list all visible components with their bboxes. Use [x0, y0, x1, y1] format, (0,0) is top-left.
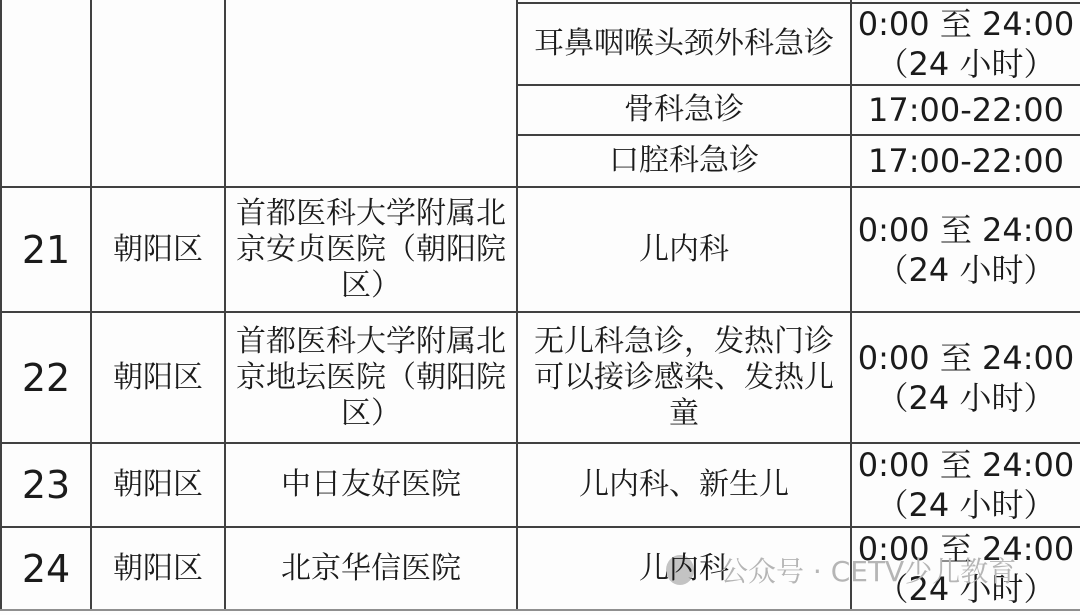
cell-topgroup-district [92, 0, 224, 186]
cell-row23-department: 儿内科、新生儿 [518, 444, 850, 526]
cell-row22-no: 22 [2, 313, 90, 442]
cell-topgroup-hospital [226, 0, 516, 186]
cell-row21-no: 21 [2, 188, 90, 311]
cell-topgroup-sub2-department: 骨科急诊 [518, 86, 850, 134]
cell-topgroup-sub1-hours: 0:00 至 24:00 （24 小时） [852, 4, 1080, 84]
cell-topgroup-sub2-hours: 17:00-22:00 [852, 86, 1080, 134]
cell-topgroup-sub1-department: 耳鼻咽喉头颈外科急诊 [518, 4, 850, 84]
cell-row22-hours: 0:00 至 24:00 （24 小时） [852, 313, 1080, 442]
cell-row21-district: 朝阳区 [92, 188, 224, 311]
cell-topgroup-no [2, 0, 90, 186]
cell-row22-hospital: 首都医科大学附属北 京地坛医院（朝阳院 区） [226, 313, 516, 442]
cell-topgroup-sub3-department: 口腔科急诊 [518, 136, 850, 186]
cell-row24-district: 朝阳区 [92, 528, 224, 609]
pediatric-emergency-hospital-table: 耳鼻咽喉头颈外科急诊 0:00 至 24:00 （24 小时） 骨科急诊 17:… [0, 0, 1080, 615]
watermark-text: 公众号 · CETV少儿教育 [720, 556, 1016, 588]
cell-row24-hospital: 北京华信医院 [226, 528, 516, 609]
grid-line-bottom [0, 609, 1080, 611]
cell-row21-hospital: 首都医科大学附属北 京安贞医院（朝阳院 区） [226, 188, 516, 311]
cell-row23-hours: 0:00 至 24:00 （24 小时） [852, 444, 1080, 526]
cell-row22-district: 朝阳区 [92, 313, 224, 442]
cell-row24-no: 24 [2, 528, 90, 609]
cell-row21-hours: 0:00 至 24:00 （24 小时） [852, 188, 1080, 311]
cell-row23-hospital: 中日友好医院 [226, 444, 516, 526]
cell-row23-district: 朝阳区 [92, 444, 224, 526]
cell-row22-department: 无儿科急诊，发热门诊 可以接诊感染、发热儿 童 [518, 313, 850, 442]
cell-row21-department: 儿内科 [518, 188, 850, 311]
cell-topgroup-sub3-hours: 17:00-22:00 [852, 136, 1080, 186]
cell-row23-no: 23 [2, 444, 90, 526]
